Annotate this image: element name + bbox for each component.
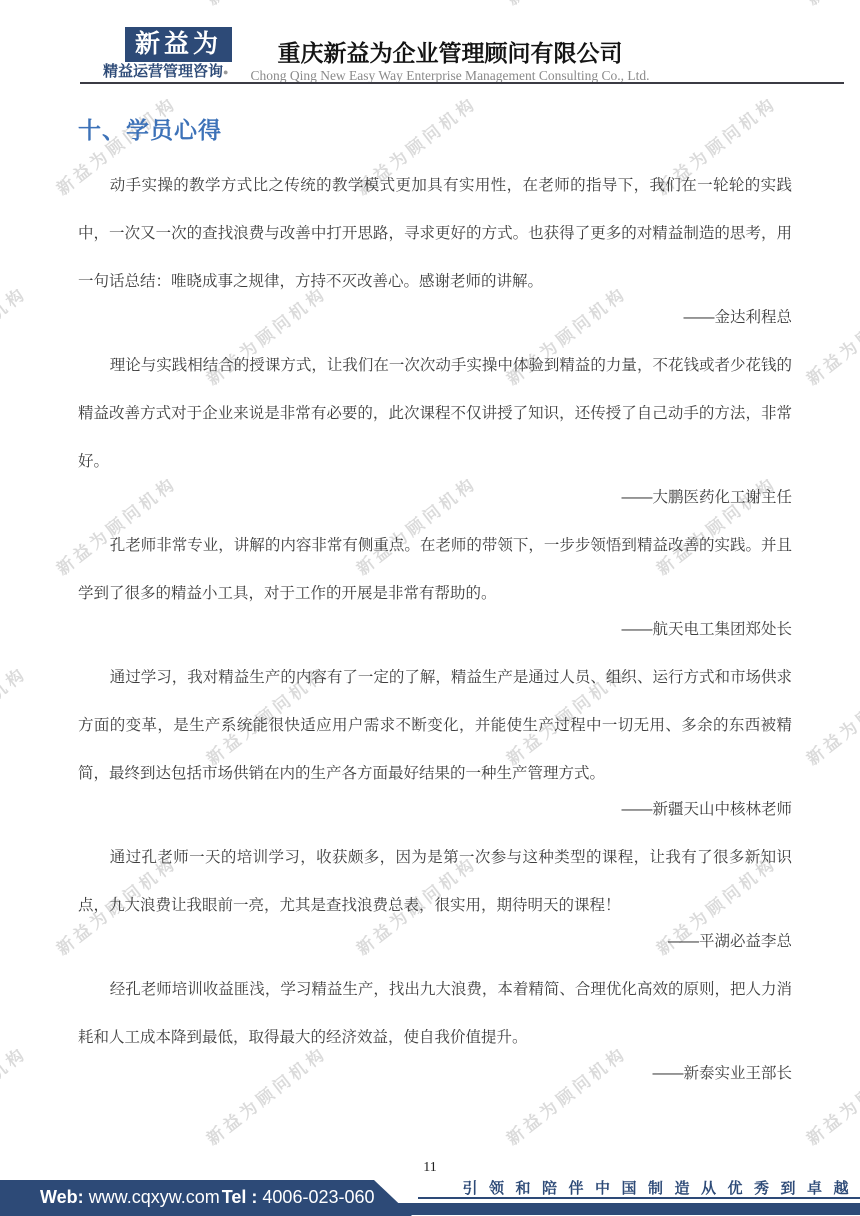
testimonial-text: 孔老师非常专业，讲解的内容非常有侧重点。在老师的带领下，一步步领悟到精益改善的实… xyxy=(78,522,792,618)
watermark-text: 新益为顾问机构 xyxy=(0,279,31,389)
testimonial-author: ——大鹏医药化工谢主任 xyxy=(78,474,792,522)
page-number: 11 xyxy=(0,1160,860,1176)
section-title: 十、学员心得 xyxy=(78,116,792,144)
tel-number: 4006-023-060 xyxy=(262,1187,374,1207)
watermark-text: 新益为顾问机构 xyxy=(0,659,31,769)
web-url: www.cqxyw.com xyxy=(89,1187,220,1207)
watermark-text: 新益为顾问机构 xyxy=(800,1039,860,1149)
testimonial-text: 通过学习，我对精益生产的内容有了一定的了解，精益生产是通过人员、组织、运行方式和… xyxy=(78,654,792,798)
footer-slogan: 引领和陪伴中国制造从优秀到卓越 xyxy=(462,1180,860,1198)
company-header: 重庆新益为企业管理顾问有限公司 Chong Qing New Easy Way … xyxy=(240,40,660,84)
watermark-text: 新益为顾问机构 xyxy=(800,659,860,769)
testimonial-text: 动手实操的教学方式比之传统的教学模式更加具有实用性，在老师的指导下，我们在一轮轮… xyxy=(78,162,792,306)
logo-dot-icon: ● xyxy=(223,67,228,77)
watermark-text: 新益为顾问机构 xyxy=(800,279,860,389)
footer-contact-bar: Web: www.cqxyw.comTel : 4006-023-060 xyxy=(0,1180,412,1216)
logo-mark: 新益为 xyxy=(125,27,232,62)
testimonial-text: 通过孔老师一天的培训学习，收获颇多，因为是第一次参与这种类型的课程，让我有了很多… xyxy=(78,834,792,930)
watermark-text: 新益为顾问机构 xyxy=(500,0,631,10)
testimonial-text: 经孔老师培训收益匪浅，学习精益生产，找出九大浪费，本着精简、合理优化高效的原则，… xyxy=(78,966,792,1062)
logo-tagline: 精益运营管理咨询● xyxy=(103,64,243,80)
watermark-text: 新益为顾问机构 xyxy=(200,0,331,10)
logo-tagline-text: 精益运营管理咨询 xyxy=(103,63,223,80)
watermark-text: 新益为顾问机构 xyxy=(0,1039,31,1149)
watermark-text: 新益为顾问机构 xyxy=(0,0,31,10)
company-name-cn: 重庆新益为企业管理顾问有限公司 xyxy=(240,40,660,66)
testimonial-text: 理论与实践相结合的授课方式，让我们在一次次动手实操中体验到精益的力量，不花钱或者… xyxy=(78,342,792,486)
document-page: 新益为顾问机构新益为顾问机构新益为顾问机构新益为顾问机构新益为顾问机构新益为顾问… xyxy=(0,0,860,1216)
page-content: 十、学员心得 动手实操的教学方式比之传统的教学模式更加具有实用性，在老师的指导下… xyxy=(78,116,792,1098)
company-logo: 新益为 精益运营管理咨询● xyxy=(103,27,243,80)
tel-label: Tel : xyxy=(222,1187,258,1207)
header-divider xyxy=(80,82,844,84)
watermark-text: 新益为顾问机构 xyxy=(800,0,860,10)
web-label: Web: xyxy=(40,1187,84,1207)
